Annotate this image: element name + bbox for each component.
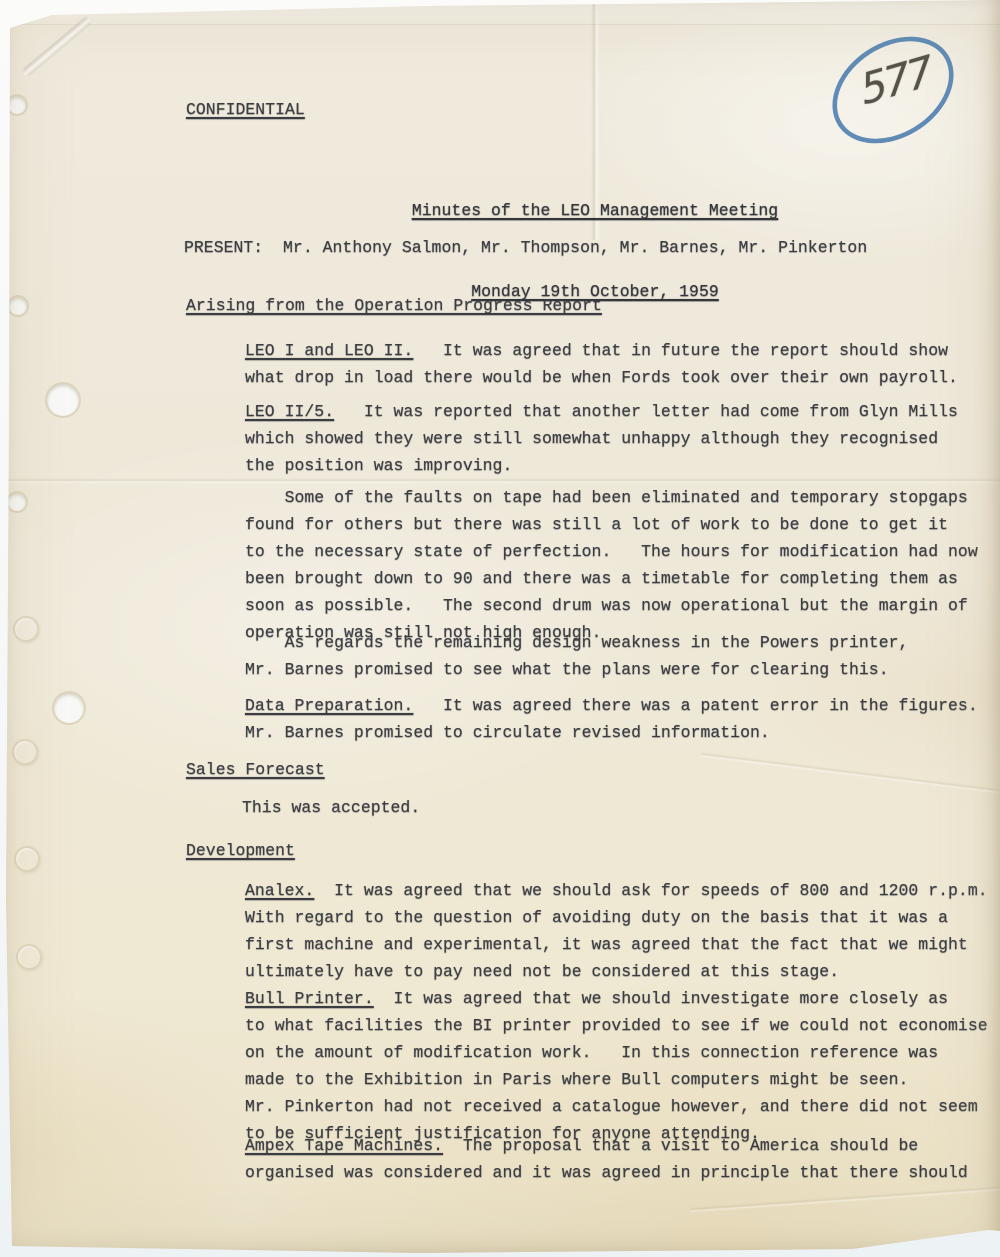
paragraph-leo25: LEO II/5. It was reported that another l… <box>245 398 958 479</box>
paragraph-analex-body: It was agreed that we should ask for spe… <box>245 881 988 981</box>
top-fold-crease <box>0 0 1000 25</box>
diagonal-crease-bottom <box>690 1185 1000 1213</box>
paragraph-faults: Some of the faults on tape had been elim… <box>245 484 978 646</box>
punch-hole <box>8 493 26 511</box>
embossed-hole <box>14 846 40 872</box>
punch-hole <box>9 297 27 315</box>
paragraph-powers: As regards the remaining design weakness… <box>245 629 908 683</box>
paragraph-leo: LEO I and LEO II. It was agreed that in … <box>245 337 958 391</box>
punch-hole <box>54 693 84 723</box>
embossed-hole <box>16 944 42 970</box>
section-heading-sales: Sales Forecast <box>186 756 325 783</box>
paragraph-bull: Bull Printer. It was agreed that we shou… <box>245 985 988 1147</box>
section-heading-development: Development <box>186 837 295 864</box>
paragraph-dataprep-lead: Data Preparation. <box>245 696 413 715</box>
diagonal-crease-right <box>701 752 999 795</box>
section-heading-operations: Arising from the Operation Progress Repo… <box>186 292 602 319</box>
scanned-page: CONFIDENTIAL Minutes of the LEO Manageme… <box>0 0 1000 1257</box>
paragraph-dataprep: Data Preparation. It was agreed there wa… <box>245 692 978 746</box>
present-label: PRESENT: <box>184 238 263 257</box>
page-number-annotation: 577 <box>824 24 964 156</box>
embossed-hole <box>12 739 38 765</box>
classification-stamp: CONFIDENTIAL <box>186 96 305 123</box>
punch-hole <box>8 96 26 114</box>
punch-hole <box>47 384 79 416</box>
paragraph-bull-body: It was agreed that we should investigate… <box>245 989 988 1143</box>
paragraph-bull-lead: Bull Printer. <box>245 989 374 1008</box>
paragraph-leo-lead: LEO I and LEO II. <box>245 341 413 360</box>
present-names: Mr. Anthony Salmon, Mr. Thompson, Mr. Ba… <box>263 238 867 257</box>
paragraph-ampex: Ampex Tape Machines. The proposal that a… <box>245 1132 968 1186</box>
embossed-hole <box>13 616 39 642</box>
document-title-line1: Minutes of the LEO Management Meeting <box>400 197 790 224</box>
paragraph-accepted: This was accepted. <box>242 794 420 821</box>
paragraph-leo25-body: It was reported that another letter had … <box>245 402 958 475</box>
paper-sheet: CONFIDENTIAL Minutes of the LEO Manageme… <box>0 0 1000 1257</box>
paragraph-analex: Analex. It was agreed that we should ask… <box>245 877 988 985</box>
paragraph-leo25-lead: LEO II/5. <box>245 402 334 421</box>
paragraph-ampex-lead: Ampex Tape Machines. <box>245 1136 443 1155</box>
present-line: PRESENT: Mr. Anthony Salmon, Mr. Thompso… <box>184 234 867 261</box>
paragraph-analex-lead: Analex. <box>245 881 314 900</box>
